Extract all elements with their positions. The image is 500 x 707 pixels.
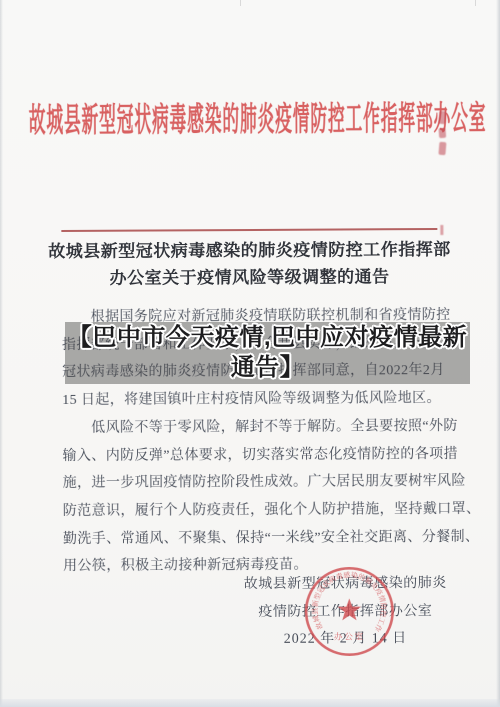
document-photo: 故城县新型冠状病毒感染的肺炎疫情防控工作指挥部办公室 故城县新型冠状病毒感染的肺… (0, 0, 500, 707)
document-title: 故城县新型冠状病毒感染的肺炎疫情防控工作指挥部 办公室关于疫情风险等级调整的通告 (0, 236, 500, 293)
red-edge-dash-mark (440, 225, 443, 235)
illegible-red-edge-mark (439, 111, 447, 159)
photo-edge-left (0, 0, 3, 707)
document-letterhead: 故城县新型冠状病毒感染的肺炎疫情防控工作指挥部办公室 (29, 93, 469, 142)
body-line: 施，进一步巩固疫情防控阶段性成效。广大居民朋友要树牢风险 (63, 468, 443, 498)
fold-mark (475, 0, 476, 6)
body-line: 15 日起，将建国镇叶庄村疫情风险等级调整为低风险地区。 (62, 385, 442, 415)
svg-text:故城县新型冠状病毒感染的肺炎疫情防控工作指挥部: 故城县新型冠状病毒感染的肺炎疫情防控工作指挥部 (302, 564, 388, 634)
overlay-caption-band: 【巴中市今天疫情,巴中应对疫情最新通告】 (65, 322, 470, 384)
seal-star-icon (338, 598, 361, 620)
photo-edge-right (496, 0, 500, 707)
body-line: 防范意识，履行个人防疫责任，强化个人防护措施，坚持戴口罩、 (63, 496, 443, 526)
body-line: 勤洗手、常通风、不聚集、保持“一米线”安全社交距离、分餐制、 (63, 524, 443, 554)
body-line: 低风险不等于零风险，解封不等于解防。全县要按照“外防 (62, 413, 442, 443)
document-title-line2: 办公室关于疫情风险等级调整的通告 (0, 263, 500, 293)
body-line: 输入、内防反弹”总体要求，切实落实常态化疫情防控的各项措 (62, 441, 442, 471)
overlay-caption-text: 【巴中市今天疫情,巴中应对疫情最新通告】 (65, 323, 470, 383)
seal-arc-text: 故城县新型冠状病毒感染的肺炎疫情防控工作指挥部 (302, 564, 388, 634)
document-title-line1: 故城县新型冠状病毒感染的肺炎疫情防控工作指挥部 (0, 236, 500, 266)
photo-edge-bottom (0, 699, 500, 707)
seal-bottom-text: 办公室 (334, 632, 365, 642)
official-seal-stamp-icon: 故城县新型冠状病毒感染的肺炎疫情防控工作指挥部 办公室 (302, 564, 396, 658)
fold-mark (240, 0, 241, 6)
letterhead-divider-line (61, 228, 437, 232)
